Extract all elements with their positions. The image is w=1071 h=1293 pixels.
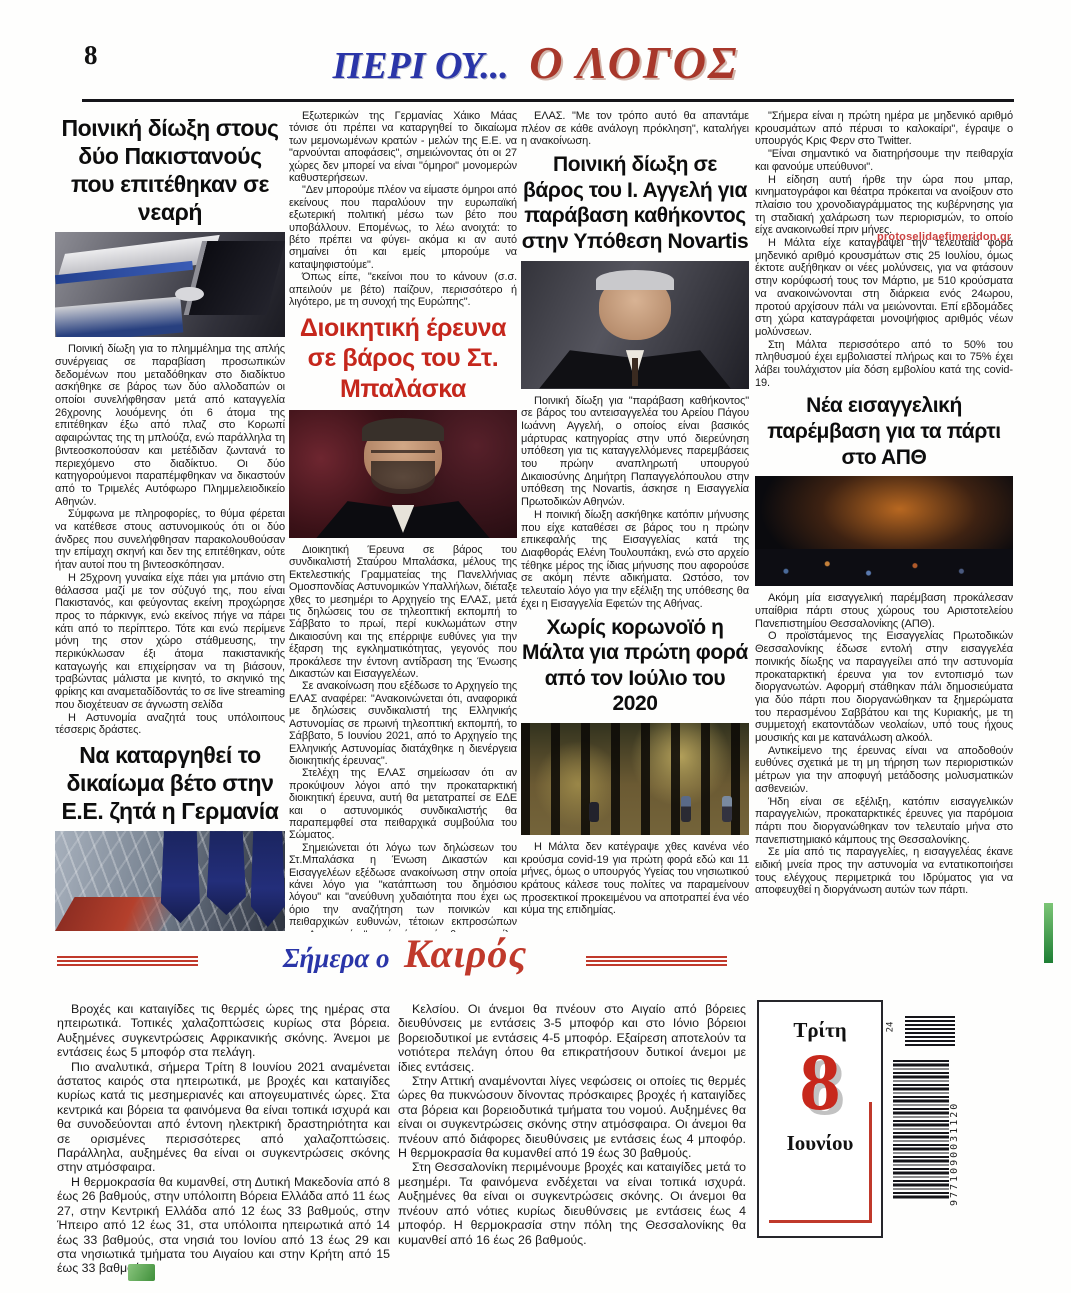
photo-shape [755,549,1013,586]
article-paragraph: "Είναι σημαντικό να διατηρήσουμε την πει… [755,148,1013,173]
photo-shape [632,358,639,386]
headline-apth: Νέα εισαγγελική παρέμβαση για τα πάρτι σ… [755,393,1013,470]
photo-balaska-portrait [289,410,517,538]
weather-column-right: Κελσίου. Οι άνεμοι θα πνέουν στο Αιγαίο … [398,1002,746,1290]
photo-apth-night-party [755,476,1013,586]
site-watermark: protoselidaefimeridon.gr [877,231,1011,243]
article-paragraph: Στελέχη της ΕΛΑΣ σημείωσαν ότι αν προκύψ… [289,767,517,841]
weather-header: Σήμερα ο Καιρός [55,930,755,977]
article-paragraph: Αντικείμενο της έρευνας είναι να αποδοθο… [755,745,1013,796]
scan-mark-bottom-left [128,1264,155,1281]
article-paragraph: Η Μάλτα δεν κατέγραψε χθες κανένα νέο κρ… [521,841,749,917]
column-2: Εξωτερικών της Γερμανίας Χάικο Μάας τόνι… [289,110,517,932]
photo-shape [596,270,674,290]
calendar-card: Τρίτη 8 Ιουνίου [757,1000,883,1238]
photo-aggelis-portrait [521,261,749,389]
article-paragraph: Στη Μάλτα περισσότερο από το 50% του πλη… [755,339,1013,390]
photo-shape [589,802,599,822]
newspaper-page: 8 ΠΕΡΙ ΟΥ... Ο ΛΟΓΟΣ Ποινική δίωξη στους… [0,0,1071,1293]
article-paragraph: Σύμφωνα με πληροφορίες, το θύμα φέρεται … [55,508,285,572]
photo-shape [722,796,732,822]
column-1: Ποινική δίωξη στους δύο Πακιστανούς που … [55,110,285,932]
weather-column-left: Βροχές και καταιγίδες τις θερμές ώρες τη… [57,1002,390,1290]
photo-shape [55,296,183,337]
photo-malta-park [521,723,749,835]
column-3: ΕΛΑΣ. "Με τον τρόπο αυτό θα απαντάμε πλέ… [521,110,749,932]
weather-label-left: Σήμερα ο [283,943,390,973]
headline-aggelis: Ποινική δίωξη σε βάρος του Ι. Αγγελή για… [521,152,749,254]
weather-label-right: Καιρός [404,931,527,976]
masthead: ΠΕΡΙ ΟΥ... Ο ΛΟΓΟΣ [0,36,1071,89]
photo-police-car [55,232,285,337]
calendar-red-corner [769,1102,872,1223]
issue-barcode: 24 9771090031120 [893,1016,965,1208]
article-paragraph: Η ποινική δίωξη ασκήθηκε κατόπιν μήνυσης… [521,509,749,611]
article-paragraph: Εξωτερικών της Γερμανίας Χάικο Μάας τόνι… [289,110,517,184]
barcode-top-block [905,1016,955,1046]
photo-eu-flags [55,831,285,931]
headline-veto: Να καταργηθεί το δικαίωμα βέτο στην Ε.Ε.… [55,741,285,825]
article-paragraph: Σε ανακοίνωση που εξέδωσε το Αρχηγείο τη… [289,680,517,767]
weather-rule-right [586,956,727,967]
barcode-issue-number: 24 [885,1022,895,1033]
photo-shape [521,723,749,835]
barcode-main-block [893,1060,949,1200]
article-paragraph: Διοικητική Έρευνα σε βάρος του συνδικαλι… [289,544,517,680]
article-paragraph: Ο προϊστάμενος της Εισαγγελίας Πρωτοδικώ… [755,630,1013,744]
photo-shape [681,796,691,822]
weather-paragraph: Στη Θεσσαλονίκη περιμένουμε βροχές και κ… [398,1160,746,1246]
article-paragraph: ΕΛΑΣ. "Με τον τρόπο αυτό θα απαντάμε πλέ… [521,110,749,148]
photo-shape [371,450,435,453]
headline-malta: Χωρίς κορωνοϊό η Μάλτα για πρώτη φορά απ… [521,615,749,717]
weather-paragraph: Πιο αναλυτικά, σήμερα Τρίτη 8 Ιουνίου 20… [57,1060,390,1175]
article-paragraph: Ήδη είναι σε εξέλιξη, κατόπιν εισαγγελικ… [755,796,1013,847]
article-paragraph: Η 25χρονη γυναίκα είχε πάει για μπάνιο σ… [55,572,285,712]
article-paragraph: "Δεν μπορούμε πλέον να είμαστε όμηροι απ… [289,184,517,271]
article-paragraph: Σε μία από τις παραγγελίες, η εισαγγελέα… [755,846,1013,897]
article-paragraph: Ποινική δίωξη για "παράβαση καθήκοντος" … [521,395,749,509]
article-paragraph: Η Αστυνομία αναζητά τους υπόλοιπους τέσσ… [55,712,285,737]
photo-shape [371,461,435,494]
article-paragraph: Ποινική δίωξη για το πλημμέλημα της απλή… [55,343,285,508]
masthead-rule [82,99,1014,102]
weather-paragraph: Κελσίου. Οι άνεμοι θα πνέουν στο Αιγαίο … [398,1002,746,1074]
photo-shape [183,241,285,315]
article-paragraph: Η Μάλτα είχε καταγράψει την τελευταία φο… [755,237,1013,339]
masthead-left: ΠΕΡΙ ΟΥ... [333,45,509,87]
barcode-number: 9771090031120 [949,1060,960,1206]
article-paragraph: Ακόμη μία εισαγγελική παρέμβαση προκάλεσ… [755,592,1013,630]
article-paragraph: Η είδηση αυτή ήρθε την ώρα που μπαρ, κιν… [755,174,1013,238]
weather-paragraph: Η θερμοκρασία θα κυμανθεί, στη Δυτική Μα… [57,1175,390,1276]
article-paragraph: "Σήμερα είναι η πρώτη ημέρα με μηδενικό … [755,110,1013,148]
headline-balaska: Διοικητική έρευνα σε βάρος του Στ. Μπαλά… [289,313,517,405]
headline-pakistani: Ποινική δίωξη στους δύο Πακιστανούς που … [55,114,285,226]
photo-shape [362,418,444,441]
masthead-right: Ο ΛΟΓΟΣ [529,37,738,88]
scan-mark-right [1044,903,1053,963]
article-paragraph: Σημειώνεται ότι λόγω των δηλώσεων του Στ… [289,842,517,932]
weather-paragraph: Βροχές και καταιγίδες τις θερμές ώρες τη… [57,1002,390,1060]
article-paragraph: Όπως είπε, "εκείνοι που το κάνουν (σ.σ. … [289,271,517,308]
weather-paragraph: Στην Αττική αναμένονται λίγες νεφώσεις ο… [398,1074,746,1160]
